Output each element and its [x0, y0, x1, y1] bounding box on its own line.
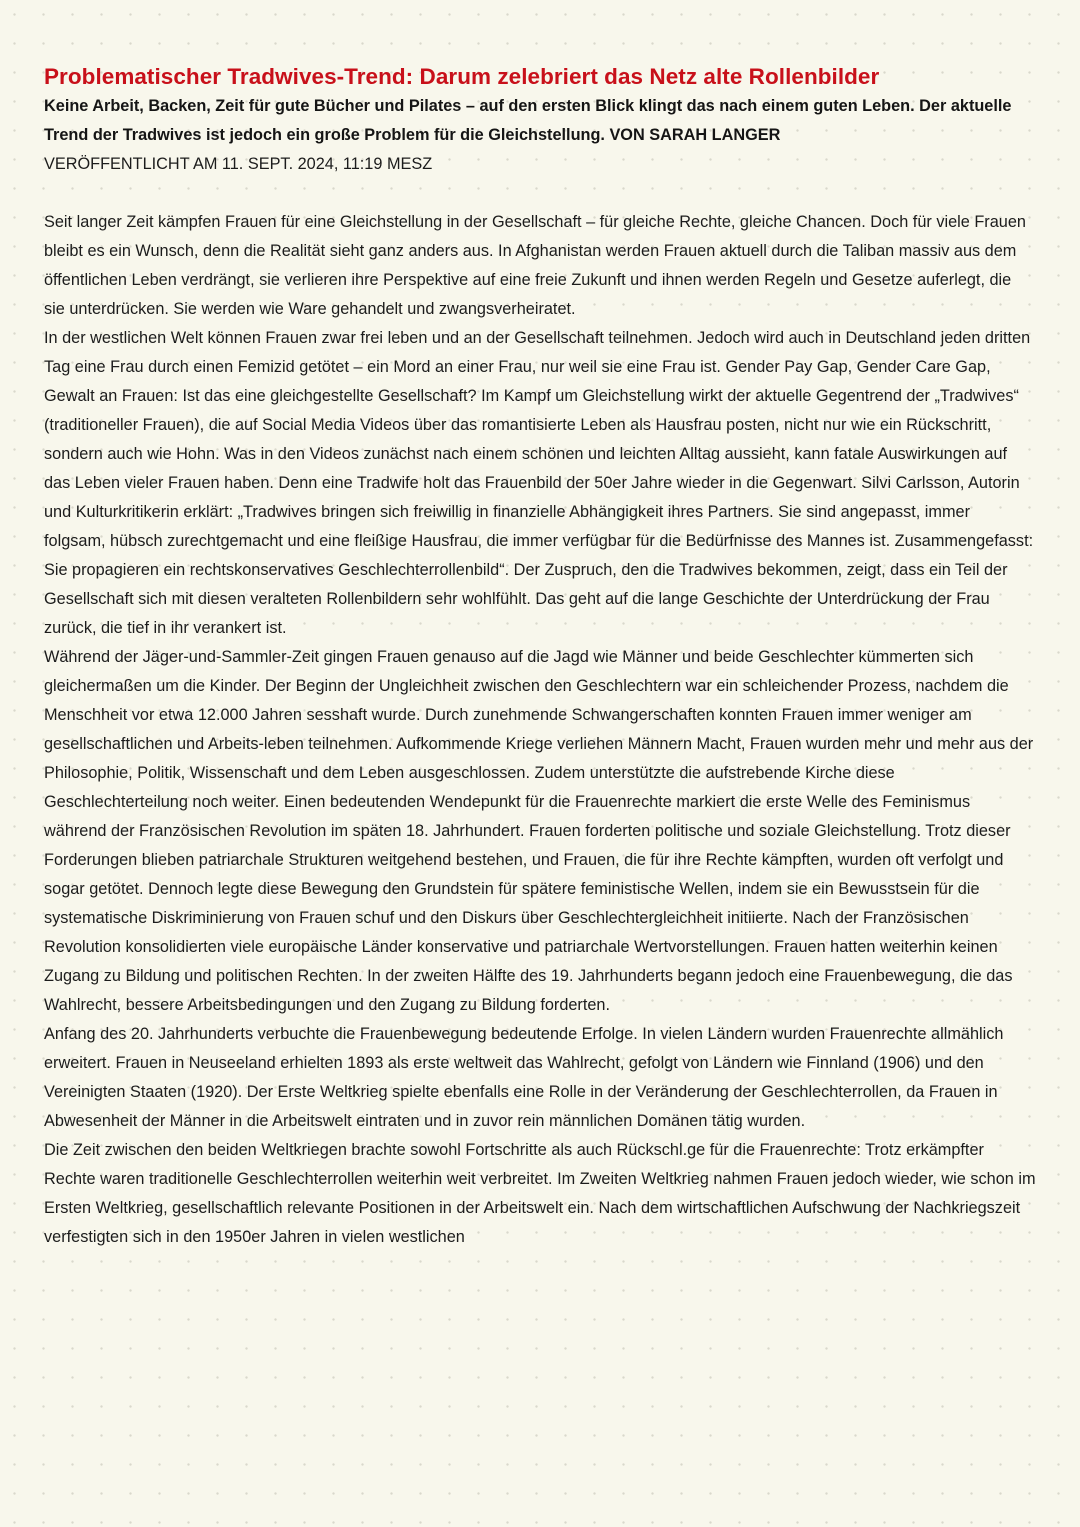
article-headline: Problematischer Tradwives-Trend: Darum z… [44, 62, 1036, 92]
article-lede: Keine Arbeit, Backen, Zeit für gute Büch… [44, 92, 1036, 150]
article-body: Seit langer Zeit kämpfen Frauen für eine… [44, 208, 1036, 1252]
publication-date: VERÖFFENTLICHT AM 11. SEPT. 2024, 11:19 … [44, 150, 1036, 179]
body-paragraph: Die Zeit zwischen den beiden Weltkriegen… [44, 1136, 1036, 1252]
document-page: Problematischer Tradwives-Trend: Darum z… [0, 0, 1080, 1252]
body-paragraph: Während der Jäger-und-Sammler-Zeit ginge… [44, 643, 1036, 1020]
article-header: Problematischer Tradwives-Trend: Darum z… [44, 62, 1036, 179]
body-paragraph: Seit langer Zeit kämpfen Frauen für eine… [44, 208, 1036, 324]
body-paragraph: Anfang des 20. Jahrhunderts verbuchte di… [44, 1020, 1036, 1136]
body-paragraph: In der westlichen Welt können Frauen zwa… [44, 324, 1036, 643]
